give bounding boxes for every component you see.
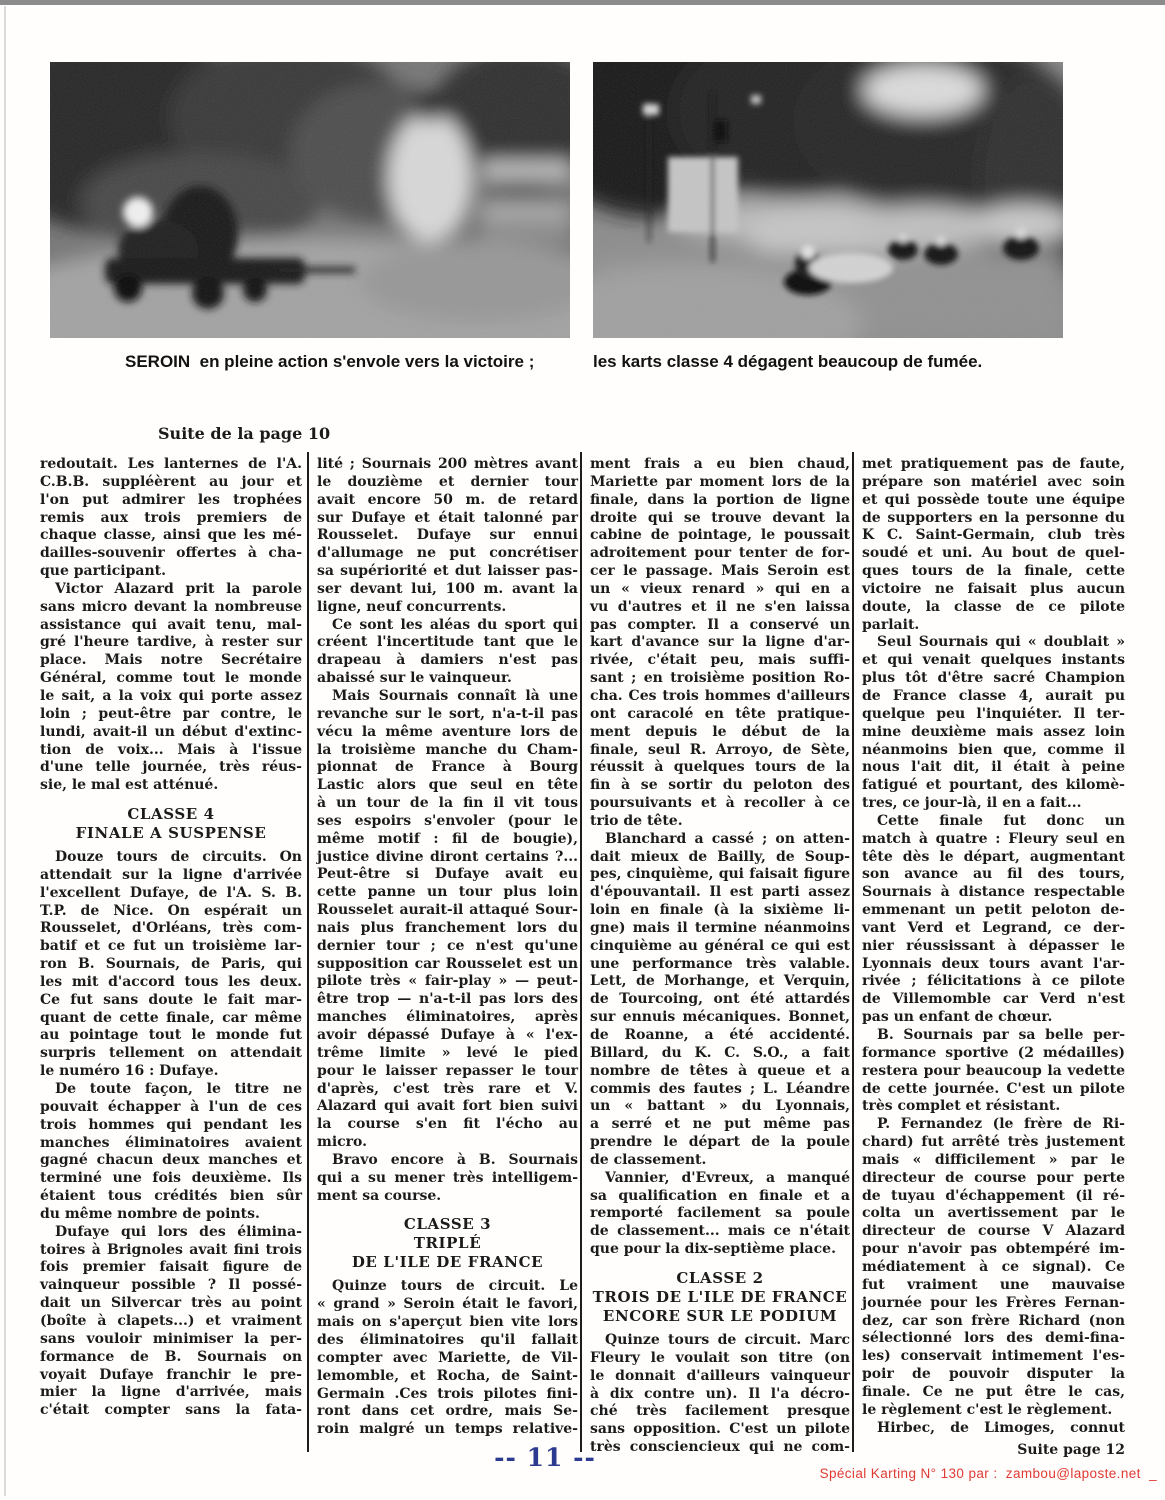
text-line: d'allumage ne put concrétiser <box>317 545 578 563</box>
paragraph: Hirbec, de Limoges, connut <box>862 1420 1125 1438</box>
text-line: abaissé sur le vainqueur. <box>317 670 578 688</box>
text-line: Mariette par moment lors de la <box>590 474 850 492</box>
text-line: être trop — n'a-t-il pas lors des <box>317 991 578 1009</box>
text-line: ché très facilement presque <box>590 1403 850 1421</box>
text-line: a serré et ne put même pas <box>590 1116 850 1134</box>
text-line: chard) fut arrêté très justement <box>862 1134 1125 1152</box>
text-line: au pointage tout le monde fut <box>40 1027 302 1045</box>
text-line: poir de pouvoir disputer la <box>862 1366 1125 1384</box>
text-line: soudé et uni. Au bout de quel- <box>862 545 1125 563</box>
photo-caption-right: les karts classe 4 dégagent beaucoup de … <box>593 352 982 372</box>
text-line: le sait, a la voix qui porte assez <box>40 688 302 706</box>
text-line: Fleury le voulait son titre (on <box>590 1350 850 1368</box>
text-line: lité ; Sournais 200 mètres avant <box>317 456 578 474</box>
heading-line: DE L'ILE DE FRANCE <box>317 1253 578 1272</box>
text-line: dernier tour ; ce n'est qu'une <box>317 938 578 956</box>
photo-seroin-action <box>50 62 570 338</box>
text-line: la course s'en fit l'écho au <box>317 1116 578 1134</box>
text-line: finale, dans la portion de ligne <box>590 492 850 510</box>
continued-from-note: Suite de la page 10 <box>158 424 330 443</box>
text-line: restera pour beaucoup la vedette <box>862 1063 1125 1081</box>
text-line: victoire ne faisait plus aucun <box>862 581 1125 599</box>
text-line: pes, cinquième, qui faisait figure <box>590 866 850 884</box>
text-line: de France classe 4, aurait pu <box>862 688 1125 706</box>
paragraph: Quinze tours de circuit. MarcFleury le v… <box>590 1332 850 1457</box>
text-line: avoir dépassé Dufaye à « l'ex- <box>317 1027 578 1045</box>
text-line: supposition car Rousselet est un <box>317 956 578 974</box>
text-line: dait mieux de Bailly, de Soup- <box>590 849 850 867</box>
text-line: parlait. <box>862 617 1125 635</box>
continued-next-note: Suite page 12 <box>862 1442 1125 1460</box>
text-line: fatigué et pourtant, des kilomè- <box>862 777 1125 795</box>
text-line: de cette journée. C'est un pilote <box>862 1081 1125 1099</box>
text-line: met pratiquement pas de faute, <box>862 456 1125 474</box>
text-line: voyait Dufaye franchir le pre- <box>40 1367 302 1385</box>
text-line: terminé une fois deuxième. Ils <box>40 1170 302 1188</box>
text-line: Général, comme tout le monde <box>40 670 302 688</box>
text-line: lemomble, et Rocha, de Saint- <box>317 1368 578 1386</box>
paragraph: Seul Sournais qui « doublait »et qui ven… <box>862 634 1125 812</box>
paragraph: ment frais a eu bien chaud,Mariette par … <box>590 456 850 831</box>
text-line: que pour la dix-septième place. <box>590 1241 850 1259</box>
text-line: fois premier faisait figure de <box>40 1259 302 1277</box>
text-column-4: met pratiquement pas de faute,prépare so… <box>862 456 1125 1460</box>
paragraph: Dufaye qui lors des élimina-toires à Bri… <box>40 1224 302 1420</box>
text-column-3: ment frais a eu bien chaud,Mariette par … <box>590 456 850 1457</box>
text-line: Rousselet, d'Orléans, très com- <box>40 920 302 938</box>
text-line: finale, seul R. Arroyo, de Sète, <box>590 742 850 760</box>
text-line: directeur de course V Alazard <box>862 1223 1125 1241</box>
text-line: finale. Ce ne put être le cas, <box>862 1384 1125 1402</box>
text-line: vécu la même aventure lors de <box>317 724 578 742</box>
paragraph: Douze tours de circuits. Onattendait sur… <box>40 849 302 1081</box>
text-line: sans vouloir minimiser la per- <box>40 1331 302 1349</box>
text-line: cabine de pointage, le poussait <box>590 527 850 545</box>
text-line: pour n'avoir pas obtempéré im- <box>862 1241 1125 1259</box>
paragraph: Vannier, d'Evreux, a manquésa qualificat… <box>590 1170 850 1259</box>
scan-left-edge <box>4 6 6 1496</box>
text-line: avait encore 50 m. de retard <box>317 492 578 510</box>
text-line: ron B. Sournais, de Paris, qui <box>40 956 302 974</box>
text-line: très complet et résistant. <box>862 1098 1125 1116</box>
text-line: Ce fut sans doute le fait mar- <box>40 992 302 1010</box>
text-line: formance sportive (2 médailles) <box>862 1045 1125 1063</box>
text-line: tête dès le départ, augmentant <box>862 849 1125 867</box>
text-line: drapeau à damiers n'est pas <box>317 652 578 670</box>
text-line: Ce sont les aléas du sport qui <box>317 617 578 635</box>
paragraph: lité ; Sournais 200 mètres avantle douzi… <box>317 456 578 617</box>
text-line: ses espoirs s'envoler (pour le <box>317 813 578 831</box>
text-line: T.P. de Nice. On espérait un <box>40 903 302 921</box>
text-line: attendait sur la ligne d'arrivée <box>40 867 302 885</box>
text-column-2: lité ; Sournais 200 mètres avantle douzi… <box>317 456 578 1439</box>
text-line: sélectionné lors des demi-fina- <box>862 1330 1125 1348</box>
text-line: même motif : fil de bougie), <box>317 831 578 849</box>
text-line: la troisième manche du Cham- <box>317 742 578 760</box>
heading-line: TRIPLÉ <box>317 1234 578 1253</box>
text-line: pilote très « fair-play » — peut- <box>317 973 578 991</box>
text-line: Dufaye qui lors des élimina- <box>40 1224 302 1242</box>
heading-line: CLASSE 2 <box>590 1269 850 1288</box>
text-line: Rousselet. Dufaye sur ennui <box>317 527 578 545</box>
text-line: cha. Ces trois hommes d'ailleurs <box>590 688 850 706</box>
text-line: Lastic alors que seul en tête <box>317 777 578 795</box>
paragraph: Bravo encore à B. Sournaisqui a su mener… <box>317 1152 578 1206</box>
text-line: manches éliminatoires avaient <box>40 1135 302 1153</box>
text-line: quelque peu l'inquiéter. Il ter- <box>862 706 1125 724</box>
text-line: lundi, avait-il un début d'extinc- <box>40 724 302 742</box>
text-line: C.B.B. suppléèrent au jour et <box>40 474 302 492</box>
paragraph: Mais Sournais connaît là unerevanche sur… <box>317 688 578 1152</box>
paragraph: B. Sournais par sa belle per-formance sp… <box>862 1027 1125 1116</box>
text-line: batif et ce fut un troisième lar- <box>40 938 302 956</box>
text-line: prendre le départ de la poule <box>590 1134 850 1152</box>
paragraph: Cette finale fut donc unmatch à quatre :… <box>862 813 1125 1027</box>
text-line: rivée, c'était peu, mais suffi- <box>590 652 850 670</box>
text-line: cinquième au général ce qui est <box>590 938 850 956</box>
text-line: surpris tellement on attendait <box>40 1045 302 1063</box>
text-line: Quinze tours de circuit. Marc <box>590 1332 850 1350</box>
text-line: de Villemomble car Verd n'est <box>862 991 1125 1009</box>
text-line: cette panne un tour plus loin <box>317 884 578 902</box>
text-line: trois hommes qui pendant les <box>40 1117 302 1135</box>
text-line: quant de cette finale, car même <box>40 1010 302 1028</box>
text-column-1: redoutait. Les lanternes de l'A.C.B.B. s… <box>40 456 302 1420</box>
text-line: d'après, c'est très rare et V. <box>317 1081 578 1099</box>
text-line: Lyonnais deux tours avant l'ar- <box>862 956 1125 974</box>
text-line: le douzième et dernier tour <box>317 474 578 492</box>
text-line: prépare son matériel avec soin <box>862 474 1125 492</box>
text-line: colta un avertissement par le <box>862 1205 1125 1223</box>
text-line: Lett, de Morhange, et Verquin, <box>590 973 850 991</box>
text-line: vu d'autres et il ne s'en laissa <box>590 599 850 617</box>
text-line: loin en finale (à la sixième li- <box>590 902 850 920</box>
text-line: gré l'heure tardive, à rester sur <box>40 634 302 652</box>
text-line: poursuivants et à recoller à ce <box>590 795 850 813</box>
text-line: « grand » Seroin était le favori, <box>317 1296 578 1314</box>
text-line: de tuyau d'échappement (il ré- <box>862 1188 1125 1206</box>
text-line: Rousselet aurait-il attaqué Sour- <box>317 902 578 920</box>
text-line: pionnat de France à Bourg <box>317 759 578 777</box>
text-line: redoutait. Les lanternes de l'A. <box>40 456 302 474</box>
text-line: sans micro devant la nombreuse <box>40 599 302 617</box>
text-line: le donnait d'ailleurs vainqueur <box>590 1368 850 1386</box>
paragraph: met pratiquement pas de faute,prépare so… <box>862 456 1125 634</box>
text-line: à un tour de la fin il vit tous <box>317 795 578 813</box>
text-line: vant Verd et Legrand, ce der- <box>862 920 1125 938</box>
text-line: Mais Sournais connaît là une <box>317 688 578 706</box>
text-line: emmenant un petit peloton de- <box>862 902 1125 920</box>
column-rule <box>852 452 854 1452</box>
text-line: micro. <box>317 1134 578 1152</box>
text-line: de Roanne, a été accidenté. <box>590 1027 850 1045</box>
text-line: de supporters en la personne du <box>862 510 1125 528</box>
text-line: nombre de têtes à queue et a <box>590 1063 850 1081</box>
text-line: Quinze tours de circuit. Le <box>317 1278 578 1296</box>
text-line: P. Fernandez (le frère de Ri- <box>862 1116 1125 1134</box>
text-line: tion de voix... Mais à l'issue <box>40 742 302 760</box>
paragraph: Blanchard a cassé ; on atten-dait mieux … <box>590 831 850 1170</box>
text-line: les) conservait intimement l'es- <box>862 1348 1125 1366</box>
text-line: de classement. <box>590 1152 850 1170</box>
text-line: médiatement à ce signal). Ce <box>862 1259 1125 1277</box>
text-line: journée pour les Frères Fernan- <box>862 1295 1125 1313</box>
text-line: ment frais a eu bien chaud, <box>590 456 850 474</box>
text-line: sant ; en troisième position Ro- <box>590 670 850 688</box>
text-line: Hirbec, de Limoges, connut <box>862 1420 1125 1438</box>
text-line: un « battant » du Lyonnais, <box>590 1098 850 1116</box>
text-line: ques tours de la finale, cette <box>862 563 1125 581</box>
text-line: c'était compter sans la fata- <box>40 1402 302 1420</box>
text-line: sur ennuis mécaniques. Bonnet, <box>590 1009 850 1027</box>
text-line: mier la ligne d'arrivée, mais <box>40 1384 302 1402</box>
text-line: adroitement pour tenter de for- <box>590 545 850 563</box>
text-line: Cette finale fut donc un <box>862 813 1125 831</box>
text-line: Alazard qui avait fort bien suivi <box>317 1098 578 1116</box>
text-line: roin malgré un temps relative- <box>317 1421 578 1439</box>
text-line: réussit à quelques tours de la <box>590 759 850 777</box>
text-line: pas un enfant de chœur. <box>862 1009 1125 1027</box>
heading-line: ENCORE SUR LE PODIUM <box>590 1307 850 1326</box>
text-line: Billard, du K. C. S.O., a fait <box>590 1045 850 1063</box>
text-line: pour le laisser repasser le tour <box>317 1063 578 1081</box>
text-line: K C. Saint-Germain, club très <box>862 527 1125 545</box>
text-line: Seul Sournais qui « doublait » <box>862 634 1125 652</box>
kart-photo-illustration <box>50 62 570 338</box>
text-line: revanche sur le sort, n'a-t-il pas <box>317 706 578 724</box>
column-rule <box>307 452 309 1452</box>
text-line: et qui venait quelques instants <box>862 652 1125 670</box>
text-line: ment sa course. <box>317 1188 578 1206</box>
text-line: justice divine diront certains ?... <box>317 849 578 867</box>
text-line: (boîte à clapets...) et vraiment <box>40 1313 302 1331</box>
text-line: du même nombre de points. <box>40 1206 302 1224</box>
paragraph: Quinze tours de circuit. Le« grand » Ser… <box>317 1278 578 1439</box>
text-line: d'une telle journée, très réus- <box>40 759 302 777</box>
text-line: créent l'incertitude tant que le <box>317 634 578 652</box>
photo-class4-smoke <box>593 62 1063 338</box>
text-line: ront dans cet ordre, mais Se- <box>317 1403 578 1421</box>
text-line: Peut-être si Dufaye avait eu <box>317 866 578 884</box>
paragraph: P. Fernandez (le frère de Ri-chard) fut … <box>862 1116 1125 1419</box>
text-line: ligne, neuf concurrents. <box>317 599 578 617</box>
text-line: compter avec Mariette, de Vil- <box>317 1350 578 1368</box>
text-line: sie, le mal est atténué. <box>40 777 302 795</box>
paragraph: Ce sont les aléas du sport quicréent l'i… <box>317 617 578 688</box>
text-line: toires à Brignoles avait fini trois <box>40 1242 302 1260</box>
heading-line: CLASSE 4 <box>40 805 302 824</box>
text-line: Bravo encore à B. Sournais <box>317 1152 578 1170</box>
text-line: gne) mais il termine néanmoins <box>590 920 850 938</box>
text-line: néanmoins bien que, comme il <box>862 742 1125 760</box>
page-number: -- 11 -- <box>470 1443 620 1472</box>
text-line: Germain .Ces trois pilotes fini- <box>317 1386 578 1404</box>
paragraph: Victor Alazard prit la parolesans micro … <box>40 581 302 795</box>
text-line: cer le passage. Mais Seroin est <box>590 563 850 581</box>
text-line: Douze tours de circuits. On <box>40 849 302 867</box>
text-line: sans opposition. C'est un pilote <box>590 1421 850 1439</box>
text-line: place. Mais notre Secrétaire <box>40 652 302 670</box>
text-line: ser devant lui, 100 m. avant la <box>317 581 578 599</box>
heading-line: CLASSE 3 <box>317 1215 578 1234</box>
section-heading: CLASSE 2TROIS DE L'ILE DE FRANCEENCORE S… <box>590 1269 850 1326</box>
text-line: dait un Silvercar très au point <box>40 1295 302 1313</box>
text-line: ont caracolé en tête pratique- <box>590 706 850 724</box>
text-line: nais plus franchement lors du <box>317 920 578 938</box>
text-line: très consciencieux qui ne com- <box>590 1439 850 1457</box>
text-line: pouvait échapper à l'un de ces <box>40 1099 302 1117</box>
text-line: dez, car son frère Richard (non <box>862 1313 1125 1331</box>
text-line: chaque classe, ainsi que les mé- <box>40 527 302 545</box>
text-line: rivée ; félicitations à ce pilote <box>862 973 1125 991</box>
kart-race-start-illustration <box>593 62 1063 338</box>
section-heading: CLASSE 4FINALE A SUSPENSE <box>40 805 302 843</box>
text-line: De toute façon, le titre ne <box>40 1081 302 1099</box>
text-line: de Tourcoing, ont été attardés <box>590 991 850 1009</box>
text-line: pas compter. Il a conservé un <box>590 617 850 635</box>
text-line: le règlement c'est le règlement. <box>862 1402 1125 1420</box>
text-line: qui a su mener très intelligem- <box>317 1170 578 1188</box>
text-line: fin à se sortir du peloton des <box>590 777 850 795</box>
text-line: sa supériorité et dut laisser pas- <box>317 563 578 581</box>
text-line: sur Dufaye et était talonné par <box>317 510 578 528</box>
text-line: commis des fautes ; L. Léandre <box>590 1081 850 1099</box>
text-line: l'excellent Dufaye, de l'A. S. B. <box>40 885 302 903</box>
text-line: étaient tous crédités bien sûr <box>40 1188 302 1206</box>
text-line: des éliminatoires qu'il fallait <box>317 1332 578 1350</box>
text-line: directeur de course pour perte <box>862 1170 1125 1188</box>
text-line: Sournais à distance respectable <box>862 884 1125 902</box>
column-rule <box>580 452 582 1452</box>
text-line: assistance qui avait tenu, mal- <box>40 617 302 635</box>
text-line: match à quatre : Fleury seul en <box>862 831 1125 849</box>
text-line: trio de tête. <box>590 813 850 831</box>
heading-line: TROIS DE L'ILE DE FRANCE <box>590 1288 850 1307</box>
text-line: Blanchard a cassé ; on atten- <box>590 831 850 849</box>
paragraph: redoutait. Les lanternes de l'A.C.B.B. s… <box>40 456 302 581</box>
text-line: gagné chacun deux manches et <box>40 1152 302 1170</box>
text-line: un « vieux renard » qui en a <box>590 581 850 599</box>
text-line: tres, ce jour-là, il en a fait... <box>862 795 1125 813</box>
text-line: l'on put admirer les trophées <box>40 492 302 510</box>
text-line: à dix contre un). Il l'a décro- <box>590 1386 850 1404</box>
text-line: nier réussissant à dépasser le <box>862 938 1125 956</box>
text-line: une performance très valable. <box>590 956 850 974</box>
text-line: mais « difficilement » par le <box>862 1152 1125 1170</box>
text-line: et qui possède toute une équipe <box>862 492 1125 510</box>
text-line: Vannier, d'Evreux, a manqué <box>590 1170 850 1188</box>
text-line: remporté facilement sa poule <box>590 1205 850 1223</box>
section-heading: CLASSE 3TRIPLÉDE L'ILE DE FRANCE <box>317 1215 578 1272</box>
text-line: loin ; peut-être par contre, le <box>40 706 302 724</box>
text-line: Victor Alazard prit la parole <box>40 581 302 599</box>
footer-credit: Spécial Karting N° 130 par : zambou@lapo… <box>820 1466 1157 1481</box>
text-line: dailles-souvenir offertes à cha- <box>40 545 302 563</box>
text-line: mine deuxième mais assez loin <box>862 724 1125 742</box>
text-line: ment depuis le début de la <box>590 724 850 742</box>
text-line: le numéro 16 : Dufaye. <box>40 1063 302 1081</box>
photo-caption-left: SEROIN en pleine action s'envole vers la… <box>125 352 534 372</box>
text-line: son avance au fil des tours, <box>862 866 1125 884</box>
text-line: droite qui se trouve devant la <box>590 510 850 528</box>
text-line: formance de B. Sournais on <box>40 1349 302 1367</box>
text-line: kart d'avance sur la ligne d'ar- <box>590 634 850 652</box>
text-line: vainqueur possible ? Il possé- <box>40 1277 302 1295</box>
text-line: que participant. <box>40 563 302 581</box>
text-line: B. Sournais par sa belle per- <box>862 1027 1125 1045</box>
heading-line: FINALE A SUSPENSE <box>40 824 302 843</box>
paragraph: De toute façon, le titre nepouvait échap… <box>40 1081 302 1224</box>
text-line: mais on s'aperçut bien vite lors <box>317 1314 578 1332</box>
text-line: plus tôt d'être sacré Champion <box>862 670 1125 688</box>
text-line: doute, la classe de ce pilote <box>862 599 1125 617</box>
text-line: de classement... mais ce n'était <box>590 1223 850 1241</box>
text-line: remis aux trois premiers de <box>40 510 302 528</box>
text-line: les mit d'accord tous les deux. <box>40 974 302 992</box>
text-line: trême limite » levé le pied <box>317 1045 578 1063</box>
text-line: fut vraiment une mauvaise <box>862 1277 1125 1295</box>
scan-top-edge <box>0 0 1165 5</box>
text-line: nous l'ait dit, il était à peine <box>862 759 1125 777</box>
text-line: manches éliminatoires, après <box>317 1009 578 1027</box>
text-line: sa qualification en finale et a <box>590 1188 850 1206</box>
text-line: d'épouvantail. Il est parti assez <box>590 884 850 902</box>
